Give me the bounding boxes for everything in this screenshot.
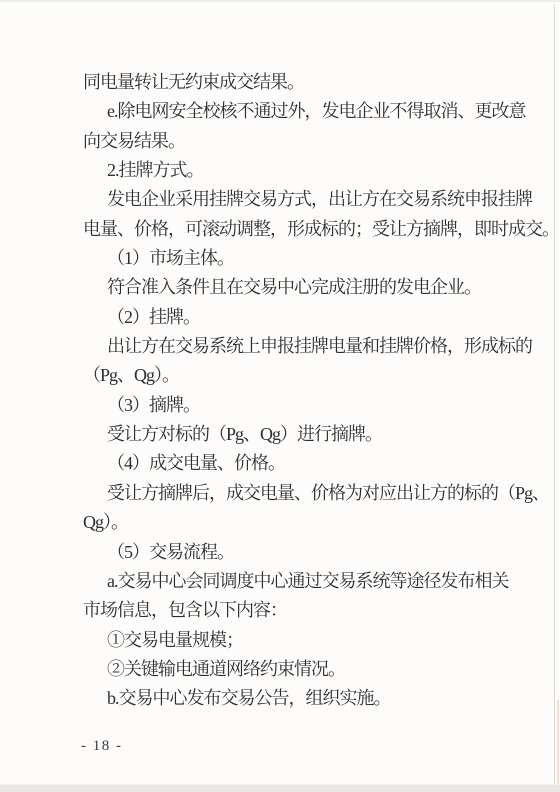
text-line: 同电量转让无约束成交结果。	[83, 68, 523, 97]
text-line: 受让方摘牌后，成交电量、价格为对应出让方的标的（Pg、	[107, 479, 523, 508]
text-line: （5）交易流程。	[107, 538, 523, 567]
scan-edge-bottom	[0, 784, 560, 792]
text-line: 发电企业采用挂牌交易方式，出让方在交易系统申报挂牌	[107, 185, 523, 214]
text-line: 电量、价格，可滚动调整，形成标的；受让方摘牌，即时成交。	[83, 215, 523, 244]
text-line: ②关键输电通道网络约束情况。	[107, 655, 523, 684]
text-line: Qg）。	[83, 508, 523, 537]
scan-edge-right-tint	[557, 700, 559, 792]
text-line: ①交易电量规模；	[107, 626, 523, 655]
scanned-document-page: 同电量转让无约束成交结果。e.除电网安全校核不通过外，发电企业不得取消、更改意向…	[0, 0, 560, 792]
text-line: e.除电网安全校核不通过外，发电企业不得取消、更改意	[107, 97, 523, 126]
scan-edge-right	[554, 4, 555, 792]
text-line: a.交易中心会同调度中心通过交易系统等途径发布相关	[107, 567, 523, 596]
text-line: （Pg、Qg）。	[83, 361, 523, 390]
text-line: 市场信息，包含以下内容：	[83, 596, 523, 625]
text-line: 出让方在交易系统上申报挂牌电量和挂牌价格，形成标的	[107, 332, 523, 361]
text-line: 向交易结果。	[83, 127, 523, 156]
document-body: 同电量转让无约束成交结果。e.除电网安全校核不通过外，发电企业不得取消、更改意向…	[83, 68, 523, 714]
text-line: （3）摘牌。	[107, 391, 523, 420]
text-line: （2）挂牌。	[107, 303, 523, 332]
text-line: 受让方对标的（Pg、Qg）进行摘牌。	[107, 420, 523, 449]
text-line: （4）成交电量、价格。	[107, 449, 523, 478]
text-line: 2.挂牌方式。	[107, 156, 523, 185]
text-line: b.交易中心发布交易公告，组织实施。	[107, 684, 523, 713]
text-line: （1）市场主体。	[107, 244, 523, 273]
text-line: 符合准入条件且在交易中心完成注册的发电企业。	[107, 273, 523, 302]
page-number: - 18 -	[81, 738, 123, 755]
scan-edge-top	[0, 0, 560, 2]
